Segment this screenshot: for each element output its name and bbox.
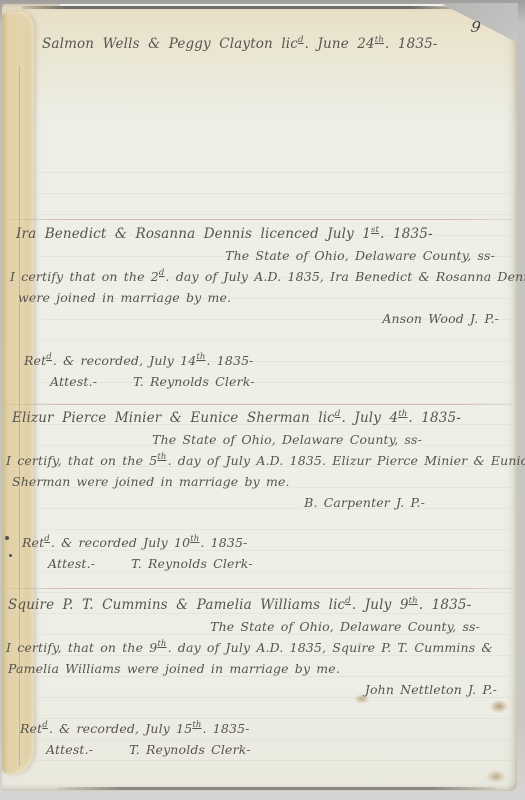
handwritten-text: . day of July A.D. 1835. Elizur Pierce M… xyxy=(168,453,525,468)
handwritten-text: Anson Wood J. P.- xyxy=(382,311,499,326)
record-squire-cummins-line-4: Pamelia Williams were joined in marriage… xyxy=(8,658,507,679)
handwritten-text: T. Reynolds Clerk- xyxy=(133,374,255,389)
handwritten-text: . July 4 xyxy=(342,410,399,426)
record-elizur-minier-line-5: B. Carpenter J. P.- xyxy=(12,492,507,513)
handwritten-text: The State of Ohio, Delaware County, ss- xyxy=(210,619,480,634)
ledger-page: 9 Salmon Wells & Peggy Clayton licd. Jun… xyxy=(2,4,517,791)
handwritten-text: . day of July A.D. 1835, Squire P. T. Cu… xyxy=(168,640,493,655)
handwritten-text: B. Carpenter J. P.- xyxy=(304,495,425,510)
return-note-july-14-line-2: Attest.-T. Reynolds Clerk- xyxy=(50,371,507,392)
superscript: d xyxy=(46,353,52,361)
record-squire-cummins-line-2: The State of Ohio, Delaware County, ss- xyxy=(8,616,507,637)
record-elizur-minier-line-3: I certify, that on the 5th. day of July … xyxy=(6,450,507,471)
superscript: d xyxy=(44,535,50,543)
handwritten-text: . & recorded July 10 xyxy=(51,535,190,550)
handwritten-text: Ret xyxy=(24,353,46,368)
record-ira-benedict-line-3: I certify that on the 2d. day of July A.… xyxy=(10,266,507,287)
superscript: th xyxy=(157,453,166,461)
license-salmon-wells-line-1: Salmon Wells & Peggy Clayton licd. June … xyxy=(42,34,505,55)
handwritten-text: T. Reynolds Clerk- xyxy=(131,556,253,571)
superscript: th xyxy=(190,535,199,543)
handwritten-text: Salmon Wells & Peggy Clayton lic xyxy=(42,36,298,52)
ink-speck xyxy=(5,536,9,540)
handwritten-text: I certify, that on the 5 xyxy=(6,453,157,468)
superscript: d xyxy=(335,410,341,418)
handwritten-text: . 1835- xyxy=(203,721,250,736)
handwritten-text: . & recorded, July 15 xyxy=(49,721,192,736)
record-ira-benedict-line-1: Ira Benedict & Rosanna Dennis licenced J… xyxy=(16,224,507,245)
superscript: d xyxy=(298,36,304,44)
handwritten-text: Sherman were joined in marriage by me. xyxy=(12,474,290,489)
handwritten-text: Attest.- xyxy=(50,374,97,389)
page-top-edge xyxy=(22,6,464,9)
handwritten-text: . day of July A.D. 1835, Ira Benedict & … xyxy=(165,269,525,284)
handwritten-text: I certify that on the 2 xyxy=(10,269,159,284)
superscript: st xyxy=(371,226,379,234)
handwritten-text: . 1835- xyxy=(207,353,254,368)
handwritten-text: Squire P. T. Cummins & Pamelia Williams … xyxy=(8,597,345,613)
return-note-july-15: Retd. & recorded, July 15th. 1835-Attest… xyxy=(20,718,507,760)
superscript: th xyxy=(196,353,205,361)
record-squire-cummins: Squire P. T. Cummins & Pamelia Williams … xyxy=(8,595,507,700)
return-note-july-14: Retd. & recorded, July 14th. 1835-Attest… xyxy=(24,350,507,392)
handwritten-text: Ira Benedict & Rosanna Dennis licenced J… xyxy=(16,226,371,242)
handwritten-text: . July 9 xyxy=(352,597,409,613)
handwritten-text: Elizur Pierce Minier & Eunice Sherman li… xyxy=(12,410,335,426)
return-note-july-14-line-1: Retd. & recorded, July 14th. 1835- xyxy=(24,350,507,371)
record-ira-benedict: Ira Benedict & Rosanna Dennis licenced J… xyxy=(16,224,507,329)
ruled-divider xyxy=(6,219,512,220)
handwritten-text: I certify, that on the 9 xyxy=(6,640,157,655)
superscript: d xyxy=(345,597,351,605)
record-squire-cummins-line-3: I certify, that on the 9th. day of July … xyxy=(6,637,507,658)
ruled-divider xyxy=(6,404,512,405)
stain xyxy=(490,700,508,713)
handwritten-text: The State of Ohio, Delaware County, ss- xyxy=(152,432,422,447)
return-note-july-15-line-2: Attest.-T. Reynolds Clerk- xyxy=(46,739,507,760)
handwritten-text: . 1835- xyxy=(385,36,438,52)
license-salmon-wells: Salmon Wells & Peggy Clayton licd. June … xyxy=(42,34,505,55)
record-squire-cummins-line-1: Squire P. T. Cummins & Pamelia Williams … xyxy=(8,595,507,616)
handwritten-text: were joined in marriage by me. xyxy=(18,290,231,305)
handwritten-text: Attest.- xyxy=(46,742,93,757)
ruled-divider xyxy=(6,588,512,589)
handwritten-text: . 1835- xyxy=(380,226,433,242)
page-bottom-edge xyxy=(57,787,497,790)
handwritten-text: . 1835- xyxy=(408,410,461,426)
handwritten-text: . 1835- xyxy=(200,535,247,550)
record-elizur-minier: Elizur Pierce Minier & Eunice Sherman li… xyxy=(12,408,507,513)
superscript: th xyxy=(375,36,384,44)
superscript: th xyxy=(192,721,201,729)
record-ira-benedict-line-4: were joined in marriage by me. xyxy=(18,287,507,308)
handwritten-text: Attest.- xyxy=(48,556,95,571)
superscript: d xyxy=(42,721,48,729)
stain xyxy=(486,770,506,783)
handwritten-text: . & recorded, July 14 xyxy=(53,353,196,368)
ink-speck xyxy=(9,554,12,557)
handwritten-text: The State of Ohio, Delaware County, ss- xyxy=(225,248,495,263)
record-ira-benedict-line-2: The State of Ohio, Delaware County, ss- xyxy=(16,245,507,266)
return-note-july-15-line-1: Retd. & recorded, July 15th. 1835- xyxy=(20,718,507,739)
record-squire-cummins-line-5: John Nettleton J. P.- xyxy=(8,679,507,700)
record-elizur-minier-line-4: Sherman were joined in marriage by me. xyxy=(12,471,507,492)
superscript: d xyxy=(159,269,165,277)
return-note-july-10-line-2: Attest.-T. Reynolds Clerk- xyxy=(48,553,507,574)
superscript: th xyxy=(157,640,166,648)
record-ira-benedict-line-5: Anson Wood J. P.- xyxy=(16,308,507,329)
record-elizur-minier-line-2: The State of Ohio, Delaware County, ss- xyxy=(12,429,507,450)
return-note-july-10: Retd. & recorded July 10th. 1835-Attest.… xyxy=(22,532,507,574)
handwritten-text: Ret xyxy=(22,535,44,550)
superscript: th xyxy=(398,410,407,418)
return-note-july-10-line-1: Retd. & recorded July 10th. 1835- xyxy=(22,532,507,553)
handwritten-text: . June 24 xyxy=(305,36,375,52)
handwritten-text: . 1835- xyxy=(419,597,472,613)
superscript: th xyxy=(409,597,418,605)
handwritten-text: John Nettleton J. P.- xyxy=(365,682,497,697)
handwritten-text: T. Reynolds Clerk- xyxy=(129,742,251,757)
handwritten-text: Ret xyxy=(20,721,42,736)
handwritten-text: Pamelia Williams were joined in marriage… xyxy=(8,661,340,676)
record-elizur-minier-line-1: Elizur Pierce Minier & Eunice Sherman li… xyxy=(12,408,507,429)
